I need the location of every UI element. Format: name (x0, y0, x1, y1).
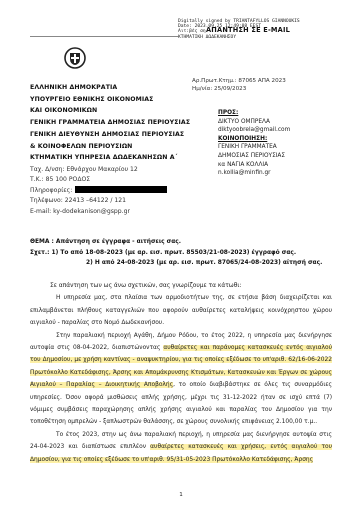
to-email[interactable]: diktyoobrela@gmail.com (218, 126, 290, 135)
document-date: Ημ/νία: 25/09/2023 (192, 85, 286, 93)
header-line: ΚΤΗΜΑΤΙΚΗ ΥΠΗΡΕΣΙΑ ΔΩΔΕΚΑΝΗΣΩΝ Α΄ (30, 152, 190, 164)
to-name: ΔΙΚΤΥΟ ΟΜΠΡΕΛΑ (218, 118, 290, 127)
page-number: 1 (0, 492, 362, 498)
header-line: & ΚΟΙΝΟΦΕΛΩΝ ΠΕΡΙΟΥΣΙΩΝ (30, 141, 190, 153)
paragraph-3: Το έτος 2023, στην ως άνω παραλιακή περι… (30, 429, 332, 466)
subject-theme: ΘΕΜΑ : Απάντηση σε έγγραφα - αιτήσεις σα… (30, 237, 322, 248)
subject-ref-2: 2) Η από 24-08-2023 (με αρ. εισ. πρωτ. 8… (30, 258, 322, 269)
cc-line: κα ΝΑΓΙΑ ΚΟΛΛΙΑ (218, 161, 290, 170)
header-line: ΓΕΝΙΚΗ ΓΡΑΜΜΑΤΕΙΑ ΔΗΜΟΣΙΑΣ ΠΕΡΙΟΥΣΙΑΣ (30, 117, 190, 129)
postal-code: Τ.Κ.: 85 100 ΡΟΔΟΣ (30, 175, 167, 185)
cc-line: ΔΗΜΟΣΙΑΣ ΠΕΡΙΟΥΣΙΑΣ (218, 152, 290, 161)
issuer-header: ΕΛΛΗΝΙΚΗ ΔΗΜΟΚΡΑΤΙΑ ΥΠΟΥΡΓΕΙΟ ΕΘΝΙΚΗΣ ΟΙ… (30, 82, 190, 164)
info-row: Πληροφορίες: (30, 186, 167, 196)
divider (30, 36, 178, 37)
greek-emblem-icon (64, 47, 86, 69)
header-line: ΓΕΝΙΚΗ ΔΙΕΥΘΥΝΣΗ ΔΗΜΟΣΙΑΣ ΠΕΡΙΟΥΣΙΑΣ (30, 129, 190, 141)
paragraph-2: Στην παραλιακή περιοχή Αγάθη, Δήμου Ρόδο… (30, 330, 332, 429)
issuer-email[interactable]: E-mail: ky-dodekanison@gspp.gr (30, 207, 167, 217)
header-line: ΕΛΛΗΝΙΚΗ ΔΗΜΟΚΡΑΤΙΑ (30, 82, 190, 94)
document-meta: Αρ.Πρωτ.Κτημ.: 87065 ΑΠΑ 2023 Ημ/νία: 25… (192, 77, 286, 94)
to-label: ΠΡΟΣ: (218, 109, 290, 118)
reply-email-stamp: ΑΠΑΝΤΗΣΗ ΣΕ E-MAIL (206, 28, 290, 33)
digital-signature: Digitally signed by TRIANTAFYLLOS GIANNO… (178, 19, 300, 40)
phone: Τηλέφωνο: 22413 –64122 / 121 (30, 196, 167, 206)
issuer-contact: Ταχ. Δ/νση: Εθνάρχου Μακαρίου 12 Τ.Κ.: 8… (30, 165, 167, 217)
header-line: ΚΑΙ ΟΙΚΟΝΟΜΙΚΩΝ (30, 105, 190, 117)
recipients: ΠΡΟΣ: ΔΙΚΤΥΟ ΟΜΠΡΕΛΑ diktyoobrela@gmail.… (218, 109, 290, 178)
redaction-bar (75, 186, 167, 193)
paragraph-1: Η υπηρεσία μας, στα πλαίσια των αρμοδιοτ… (30, 292, 332, 329)
letter-body: Σε απάντηση των ως άνω σχετικών, σας γνω… (30, 280, 332, 466)
cc-line: ΓΕΝΙΚΗ ΓΡΑΜΜΑΤΕΑ (218, 143, 290, 152)
subject-block: ΘΕΜΑ : Απάντηση σε έγγραφα - αιτήσεις σα… (30, 237, 322, 269)
cc-label: ΚΟΙΝΟΠΟΙΗΣΗ: (218, 135, 290, 144)
info-label: Πληροφορίες: (30, 187, 72, 194)
text: , το οποίο διαβιβάστηκε σε όλες τις συνα… (30, 382, 332, 425)
cc-email[interactable]: n.kollia@minfin.gr (218, 169, 290, 178)
protocol-number: Αρ.Πρωτ.Κτημ.: 87065 ΑΠΑ 2023 (192, 77, 286, 85)
signature-line-4: ΚΤΗΜΑΤΙΚΗ ΔΩΔΕΚΑΝΗΣΟΥ (178, 35, 236, 40)
subject-ref-1: Σχετ.: 1) Το από 18-08-2023 (με αρ. εισ.… (30, 248, 322, 259)
intro-paragraph: Σε απάντηση των ως άνω σχετικών, σας γνω… (30, 280, 332, 292)
address: Ταχ. Δ/νση: Εθνάρχου Μακαρίου 12 (30, 165, 167, 175)
header-line: ΥΠΟΥΡΓΕΙΟ ΕΘΝΙΚΗΣ ΟΙΚΟΝΟΜΙΑΣ (30, 94, 190, 106)
